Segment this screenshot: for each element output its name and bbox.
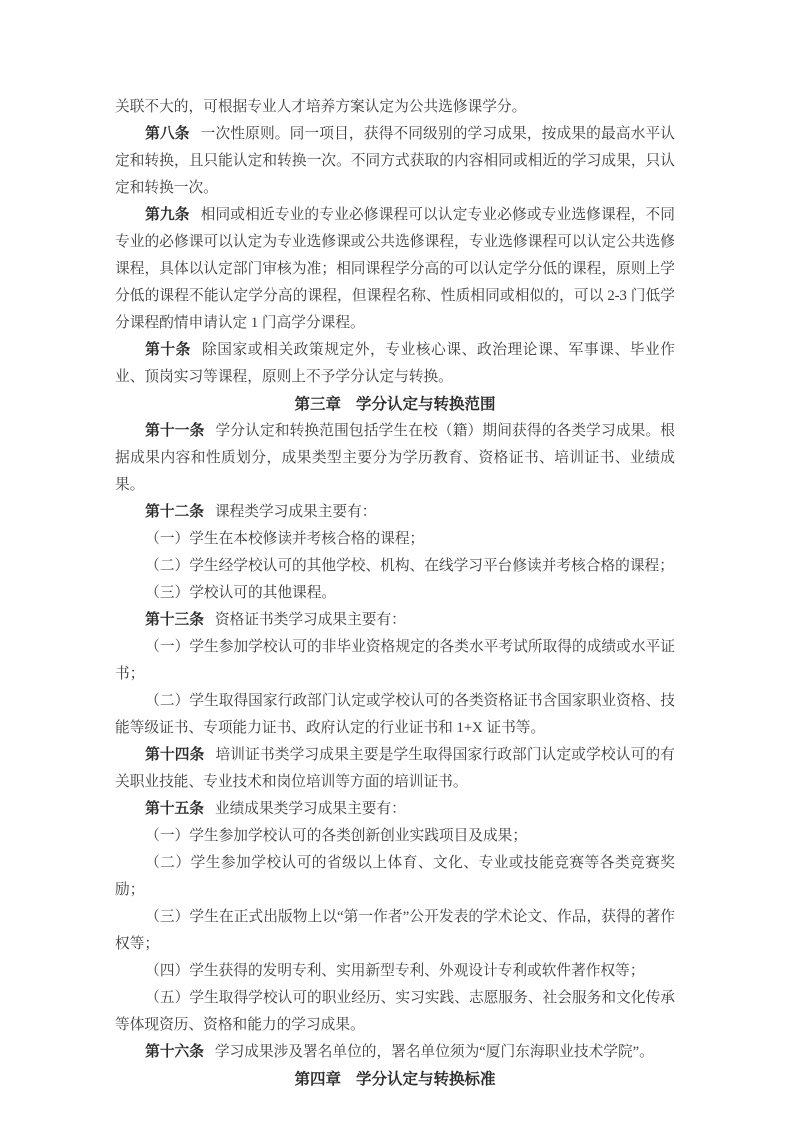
list-item-paragraph: （三）学校认可的其他课程。 [115,580,675,607]
article-text: 资格证书类学习成果主要有： [215,612,406,628]
article-number: 第八条 [145,126,190,142]
list-item-paragraph: （五）学生取得学校认可的职业经历、实习实践、志愿服务、社会服务和文化传承等体现资… [115,985,675,1039]
chapter-number: 第三章 [294,396,341,413]
list-item-paragraph: （四）学生获得的发明专利、实用新型专利、外观设计专利或软件著作权等； [115,958,675,985]
article-paragraph: 第十四条培训证书类学习成果主要是学生取得国家行政部门认定或学校认可的有关职业技能… [115,742,675,796]
article-text: 除国家或相关政策规定外，专业核心课、政治理论课、军事课、毕业作业、顶岗实习等课程… [115,342,675,385]
article-number: 第十四条 [145,747,204,763]
chapter-title: 学分认定与转换标准 [356,1071,496,1088]
document-page: 关联不大的，可根据专业人才培养方案认定为公共选修课学分。第八条一次性原则。同一项… [0,0,794,1123]
chapter-title: 学分认定与转换范围 [356,396,496,413]
article-number: 第十三条 [145,612,204,628]
article-text: 课程类学习成果主要有： [215,504,377,520]
article-number: 第十二条 [145,504,204,520]
article-text: 业绩成果类学习成果主要有： [215,801,406,817]
list-item-paragraph: （二）学生取得国家行政部门认定或学校认可的各类资格证书含国家职业资格、技能等级证… [115,688,675,742]
document-text: 关联不大的，可根据专业人才培养方案认定为公共选修课学分。第八条一次性原则。同一项… [115,94,675,1093]
article-paragraph: 第十五条业绩成果类学习成果主要有： [115,796,675,823]
chapter-number: 第四章 [294,1071,341,1088]
article-paragraph: 第十条除国家或相关政策规定外，专业核心课、政治理论课、军事课、毕业作业、顶岗实习… [115,337,675,391]
article-paragraph: 第十一条学分认定和转换范围包括学生在校（籍）期间获得的各类学习成果。根据成果内容… [115,418,675,499]
list-item-paragraph: （二）学生参加学校认可的省级以上体育、文化、专业或技能竞赛等各类竞赛奖励； [115,850,675,904]
article-paragraph: 第九条相同或相近专业的专业必修课程可以认定专业必修或专业选修课程，不同专业的必修… [115,202,675,337]
article-text: 一次性原则。同一项目，获得不同级别的学习成果，按成果的最高水平认定和转换，且只能… [115,126,675,196]
article-paragraph: 第十六条学习成果涉及署名单位的，署名单位须为“厦门东海职业技术学院”。 [115,1039,675,1066]
article-number: 第十条 [145,342,191,358]
list-item-paragraph: （二）学生经学校认可的其他学校、机构、在线学习平台修读并考核合格的课程； [115,553,675,580]
article-number: 第九条 [145,207,190,223]
article-number: 第十一条 [145,423,204,439]
article-text: 学习成果涉及署名单位的，署名单位须为“厦门东海职业技术学院”。 [215,1044,654,1060]
list-item-paragraph: （三）学生在正式出版物上以“第一作者”公开发表的学术论文、作品，获得的著作权等； [115,904,675,958]
list-item-paragraph: （一）学生在本校修读并考核合格的课程； [115,526,675,553]
body-paragraph: 关联不大的，可根据专业人才培养方案认定为公共选修课学分。 [115,94,675,121]
list-item-paragraph: （一）学生参加学校认可的各类创新创业实践项目及成果； [115,823,675,850]
chapter-heading: 第三章学分认定与转换范围 [115,391,675,418]
article-paragraph: 第八条一次性原则。同一项目，获得不同级别的学习成果，按成果的最高水平认定和转换，… [115,121,675,202]
article-text: 相同或相近专业的专业必修课程可以认定专业必修或专业选修课程，不同专业的必修课可以… [115,207,675,331]
article-number: 第十六条 [145,1044,204,1060]
article-paragraph: 第十二条课程类学习成果主要有： [115,499,675,526]
article-paragraph: 第十三条资格证书类学习成果主要有： [115,607,675,634]
list-item-paragraph: （一）学生参加学校认可的非毕业资格规定的各类水平考试所取得的成绩或水平证书； [115,634,675,688]
chapter-heading: 第四章学分认定与转换标准 [115,1066,675,1093]
article-number: 第十五条 [145,801,204,817]
